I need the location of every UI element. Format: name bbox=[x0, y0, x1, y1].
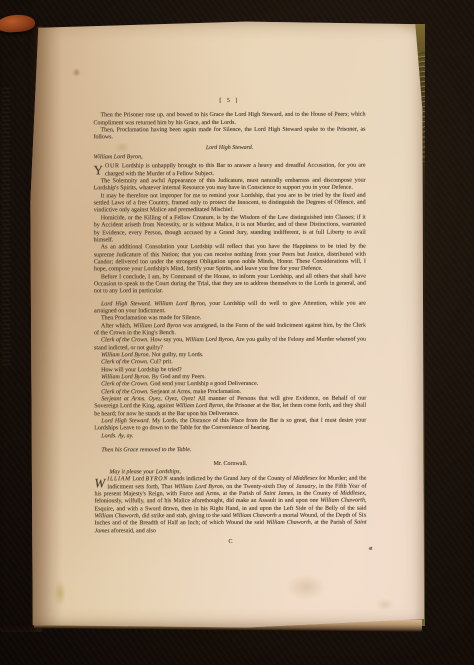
paragraph: The Solemnity and awful Appearance of th… bbox=[94, 178, 366, 193]
paragraph: William Lord Byron, bbox=[94, 154, 366, 162]
paragraph: Lord High Steward. bbox=[94, 144, 366, 152]
drop-cap: Y bbox=[94, 164, 105, 176]
paragraph: Then, Proclamation having been again mad… bbox=[93, 127, 365, 142]
foxing-stain bbox=[376, 598, 394, 611]
paragraph: Before I conclude, I am, by Command of t… bbox=[94, 273, 366, 296]
paragraph: It may be therefore not improper for me … bbox=[94, 192, 366, 215]
text-block: [ 5 ] Then the Prisoner rose up, and bow… bbox=[93, 98, 366, 554]
paragraph: Serjeant at Arms. Oyez, Oyez, Oyez! All … bbox=[94, 396, 366, 419]
paragraph: Lord High Steward. My Lords, the Distanc… bbox=[94, 418, 366, 433]
signature-line: C at bbox=[95, 539, 367, 554]
drop-cap: W bbox=[94, 476, 107, 488]
book-page: [ 5 ] Then the Prisoner rose up, and bow… bbox=[28, 18, 424, 630]
paragraph: YOUR Lordship is unhappily brought to th… bbox=[94, 163, 366, 178]
paragraph: Clerk of the Crown. How say you, William… bbox=[94, 337, 366, 352]
catchword: at bbox=[369, 546, 373, 553]
opposite-page-text-showthrough bbox=[2, 88, 10, 368]
paragraph: Lords. Ay, ay. bbox=[94, 432, 366, 440]
paragraph: As an additional Consolation your Lordsh… bbox=[94, 244, 366, 274]
signature-mark: C bbox=[95, 539, 367, 547]
photo-background: [ 5 ] Then the Prisoner rose up, and bow… bbox=[0, 0, 474, 665]
paragraph: After which, William Lord Byron was arra… bbox=[94, 322, 366, 337]
paragraph: Then his Grace removed to the Table. bbox=[94, 447, 366, 455]
paragraph: Then the Prisoner rose up, and bowed to … bbox=[93, 112, 365, 127]
paragraph: WILLIAM Lord BYRON stands indicted by th… bbox=[94, 476, 366, 535]
foxing-stain bbox=[286, 574, 326, 600]
page-number: [ 5 ] bbox=[93, 98, 365, 106]
text-block-paragraphs: Then the Prisoner rose up, and bowed to … bbox=[93, 112, 366, 535]
paragraph: Lord High Steward. William Lord Byron, y… bbox=[94, 300, 366, 315]
foxing-stain bbox=[72, 68, 81, 77]
paragraph: Homicide, or the Killing of a Fellow Cre… bbox=[94, 214, 366, 244]
